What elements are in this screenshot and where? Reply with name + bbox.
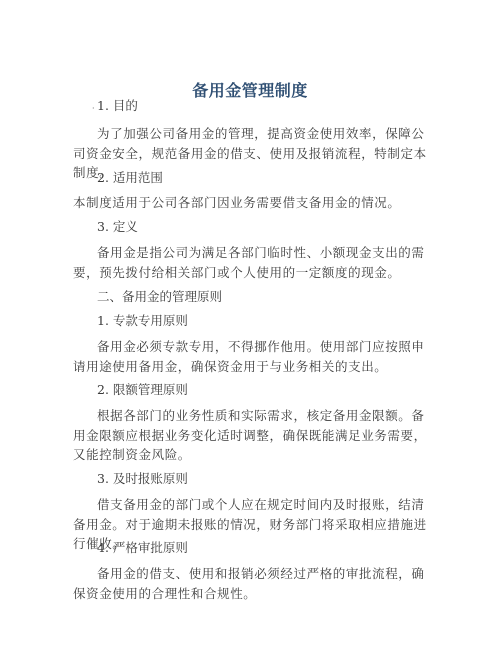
section-body: 备用金的借支、使用和报销必须经过严格的审批流程，确保资金使用的合理性和合规性。 — [73, 564, 433, 603]
section-heading: 1. 专款专用原则 — [97, 313, 188, 329]
section-heading: 3. 及时报账原则 — [97, 471, 188, 487]
section-heading: 4. 严格审批原则 — [97, 540, 188, 556]
document-title: 备用金管理制度 — [0, 78, 500, 101]
section-body: 备用金必须专款专用，不得挪作他用。使用部门应按照申请用途使用备用金，确保资金用于… — [73, 337, 433, 376]
document-page: 备用金管理制度 · 1. 目的 为了加强公司备用金的管理，提高资金使用效率，保障… — [0, 0, 500, 647]
section-heading: 2. 限额管理原则 — [97, 382, 188, 398]
section-body: 根据各部门的业务性质和实际需求，核定备用金限额。备用金限额应根据业务变化适时调整… — [73, 406, 433, 465]
section-heading: 3. 定义 — [97, 219, 138, 235]
chapter-heading: 二、备用金的管理原则 — [97, 289, 222, 305]
bullet-mark: · — [92, 104, 95, 113]
section-heading: 2. 适用范围 — [97, 170, 163, 186]
section-body: 本制度适用于公司各部门因业务需要借支备用金的情况。 — [73, 193, 433, 213]
section-heading: 1. 目的 — [97, 98, 138, 114]
section-body: 备用金是指公司为满足各部门临时性、小额现金支出的需要，预先拨付给相关部门或个人使… — [73, 243, 433, 282]
